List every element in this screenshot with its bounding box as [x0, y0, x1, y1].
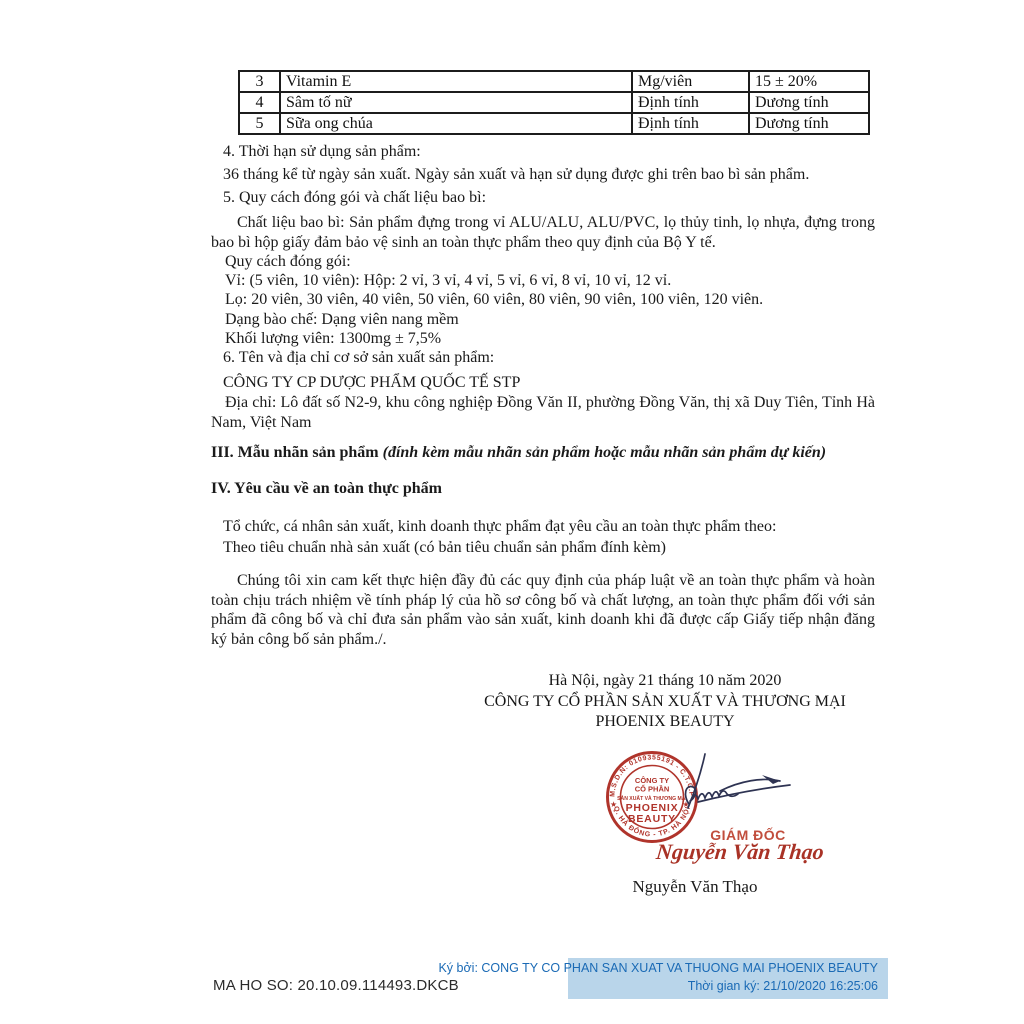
- signing-company-line1: CÔNG TY CỔ PHẦN SẢN XUẤT VÀ THƯƠNG MẠI: [448, 692, 882, 713]
- signing-block: Hà Nội, ngày 21 tháng 10 năm 2020 CÔNG T…: [448, 671, 882, 733]
- signer-printed-name: Nguyễn Văn Thạo: [585, 877, 805, 897]
- safety-line2: Theo tiêu chuẩn nhà sản xuất (có bản tiê…: [211, 538, 875, 558]
- table-row: 3 Vitamin E Mg/viên 15 ± 20%: [239, 71, 869, 92]
- row-number: 4: [239, 92, 280, 113]
- ingredient-unit: Mg/viên: [632, 71, 749, 92]
- document-body: 4. Thời hạn sử dụng sản phẩm: 36 tháng k…: [211, 142, 875, 649]
- ingredient-unit: Định tính: [632, 92, 749, 113]
- packaging-line: Quy cách đóng gói:: [225, 252, 875, 271]
- esignature-signed-time: Thời gian ký: 21/10/2020 16:25:06: [688, 979, 878, 994]
- section5-title: 5. Quy cách đóng gói và chất liệu bao bì…: [211, 188, 875, 208]
- ingredient-name: Sâm tố nữ: [280, 92, 632, 113]
- manufacturer-name: CÔNG TY CP DƯỢC PHẨM QUỐC TẾ STP: [211, 373, 875, 393]
- section4-title: 4. Thời hạn sử dụng sản phẩm:: [211, 142, 875, 162]
- heading-iii-note: (đính kèm mẫu nhãn sản phẩm hoặc mẫu nhã…: [379, 444, 827, 461]
- safety-line1: Tổ chức, cá nhân sản xuất, kinh doanh th…: [211, 517, 875, 537]
- heading-iii-label: III. Mẫu nhãn sản phẩm: [211, 444, 379, 461]
- ingredient-table: 3 Vitamin E Mg/viên 15 ± 20% 4 Sâm tố nữ…: [238, 70, 870, 135]
- row-number: 5: [239, 113, 280, 134]
- seal-star-left-icon: ★: [610, 800, 617, 809]
- ingredient-value: Dương tính: [749, 113, 869, 134]
- packaging-line: Lọ: 20 viên, 30 viên, 40 viên, 50 viên, …: [225, 290, 875, 309]
- table-row: 5 Sữa ong chúa Định tính Dương tính: [239, 113, 869, 134]
- commitment-paragraph: Chúng tôi xin cam kết thực hiện đầy đủ c…: [211, 571, 875, 649]
- packaging-line: Dạng bào chế: Dạng viên nang mềm: [225, 310, 875, 329]
- heading-iv: IV. Yêu cầu về an toàn thực phẩm: [211, 479, 875, 499]
- signer-script-name: Nguyễn Văn Thạo: [647, 839, 834, 865]
- heading-iii: III. Mẫu nhãn sản phẩm (đính kèm mẫu nhã…: [211, 443, 875, 463]
- manufacturer-address: Địa chỉ: Lô đất số N2-9, khu công nghiệp…: [211, 393, 875, 433]
- ingredient-unit: Định tính: [632, 113, 749, 134]
- dossier-code: MA HO SO: 20.10.09.114493.DKCB: [213, 977, 459, 995]
- row-number: 3: [239, 71, 280, 92]
- packaging-line: Khối lượng viên: 1300mg ± 7,5%: [225, 329, 875, 348]
- table-row: 4 Sâm tố nữ Định tính Dương tính: [239, 92, 869, 113]
- seal-center-line: CỔ PHẦN: [635, 784, 670, 794]
- packaging-line: Vỉ: (5 viên, 10 viên): Hộp: 2 vỉ, 3 vỉ, …: [225, 271, 875, 290]
- esignature-signed-by: Ký bởi: CONG TY CO PHAN SAN XUAT VA THUO…: [438, 961, 878, 976]
- section4-text: 36 tháng kể từ ngày sản xuất. Ngày sản x…: [211, 165, 875, 185]
- document-page: 3 Vitamin E Mg/viên 15 ± 20% 4 Sâm tố nữ…: [0, 0, 1024, 1024]
- ingredient-name: Sữa ong chúa: [280, 113, 632, 134]
- ingredient-name: Vitamin E: [280, 71, 632, 92]
- ingredient-value: 15 ± 20%: [749, 71, 869, 92]
- place-date: Hà Nội, ngày 21 tháng 10 năm 2020: [448, 671, 882, 692]
- section6-title: 6. Tên và địa chỉ cơ sở sản xuất sản phẩ…: [211, 348, 875, 368]
- packaging-list: Quy cách đóng gói: Vỉ: (5 viên, 10 viên)…: [211, 252, 875, 348]
- signature-ink: [668, 750, 803, 818]
- ingredient-value: Dương tính: [749, 92, 869, 113]
- section5-material: Chất liệu bao bì: Sản phẩm đựng trong vỉ…: [211, 213, 875, 252]
